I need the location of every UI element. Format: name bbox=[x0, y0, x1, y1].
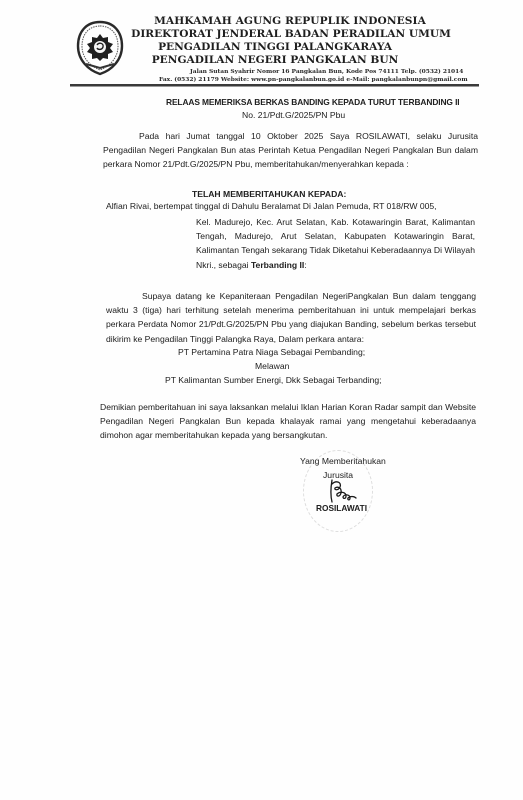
letterhead-divider bbox=[70, 84, 479, 87]
closing-paragraph: Demikian pemberitahuan ini saya laksanka… bbox=[100, 400, 476, 443]
opening-paragraph: Pada hari Jumat tanggal 10 Oktober 2025 … bbox=[103, 129, 478, 172]
letterhead-line-2: DIREKTORAT JENDERAL BADAN PERADILAN UMUM bbox=[106, 28, 476, 40]
signature-label: Yang Memberitahukan bbox=[300, 456, 386, 466]
versus-label: Melawan bbox=[255, 361, 289, 371]
letterhead-line-3: PENGADILAN TINGGI PALANGKARAYA bbox=[110, 41, 440, 53]
notified-heading: TELAH MEMBERITAHUKAN KEPADA: bbox=[192, 189, 346, 199]
recipient-role: Terbanding II bbox=[251, 260, 304, 270]
document-page: MAHKAMAH AGUNG REPUPLIK INDONESIA DIREKT… bbox=[0, 0, 523, 800]
opening-paragraph-text: Pada hari Jumat tanggal 10 Oktober 2025 … bbox=[103, 129, 478, 172]
recipient-address: Kel. Madurejo, Kec. Arut Selatan, Kab. K… bbox=[196, 215, 475, 272]
recipient-role-suffix: : bbox=[304, 260, 306, 270]
party-appellant: PT Pertamina Patra Niaga Sebagai Pemband… bbox=[178, 347, 365, 357]
recipient-address-text: Kel. Madurejo, Kec. Arut Selatan, Kab. K… bbox=[196, 217, 475, 270]
letterhead-address: Jalan Sutan Syahrir Nomor 16 Pangkalan B… bbox=[190, 68, 463, 75]
letterhead-line-1: MAHKAMAH AGUNG REPUPLIK INDONESIA bbox=[110, 15, 470, 27]
instruction-paragraph: Supaya datang ke Kepaniteraan Pengadilan… bbox=[106, 289, 476, 346]
party-respondent: PT Kalimantan Sumber Energi, Dkk Sebagai… bbox=[165, 375, 382, 385]
case-number: No. 21/Pdt.G/2025/PN Pbu bbox=[242, 110, 345, 120]
recipient-first-line: Alfian Rivai, bertempat tinggal di Dahul… bbox=[106, 201, 437, 211]
signer-name: ROSILAWATI bbox=[316, 503, 367, 513]
letterhead: MAHKAMAH AGUNG REPUPLIK INDONESIA DIREKT… bbox=[66, 14, 476, 80]
document-title: RELAAS MEMERIKSA BERKAS BANDING KEPADA T… bbox=[166, 97, 460, 107]
handwritten-signature-icon bbox=[326, 478, 360, 504]
letterhead-contact: Fax. (0532) 21179 Website: www.pn-pangka… bbox=[159, 76, 468, 83]
letterhead-line-4: PENGADILAN NEGERI PANGKALAN BUN bbox=[110, 54, 440, 66]
